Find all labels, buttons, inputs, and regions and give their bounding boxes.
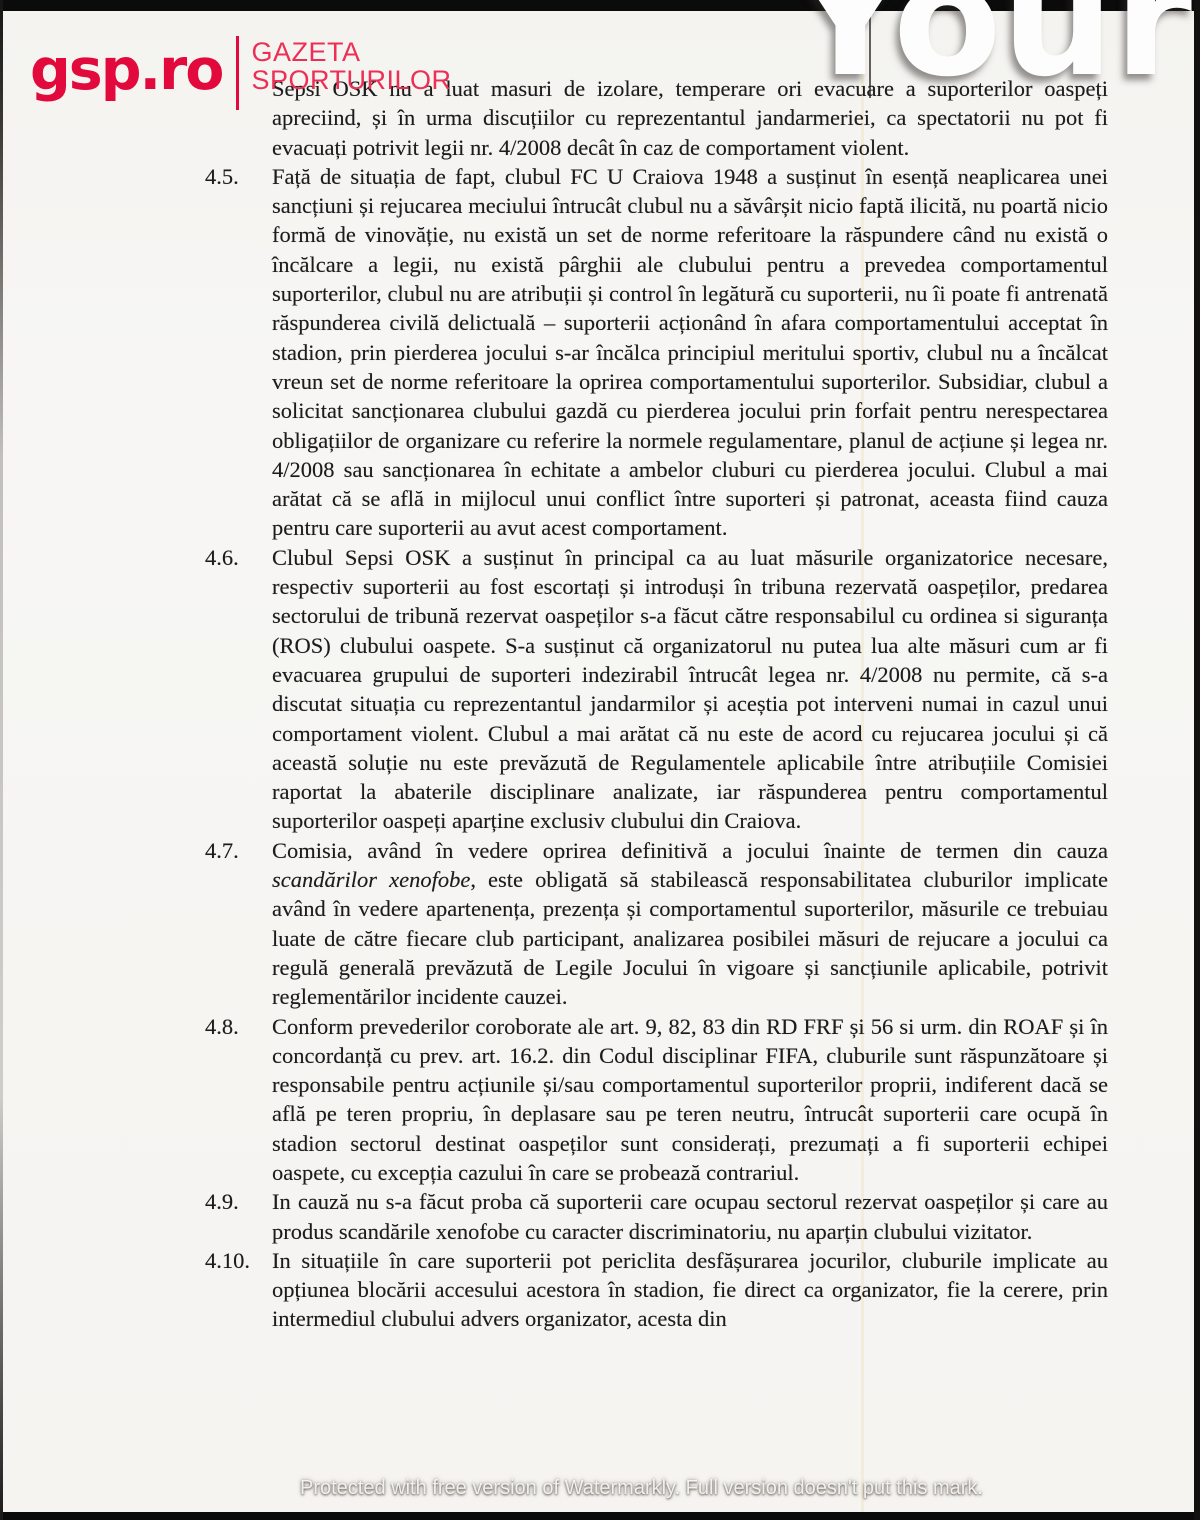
tagline-line-2: SPORTURILOR	[251, 66, 451, 94]
document-body: Sepsi OSK nu a luat masuri de izolare, t…	[205, 74, 1108, 1334]
gsp-logo-text: gsp.ro	[30, 30, 222, 110]
bottom-watermark: Protected with free version of Watermark…	[300, 1477, 983, 1500]
paragraph: 4.5.Față de situația de fapt, clubul FC …	[205, 162, 1108, 543]
paragraph-text: Comisia, având în vedere oprirea definit…	[272, 836, 1108, 1012]
scanned-document-page: gsp.ro GAZETA SPORTURILOR Sepsi OSK nu a…	[0, 0, 1200, 1520]
scan-edge-left	[0, 0, 3, 1520]
paragraph: 4.8.Conform prevederilor coroborate ale …	[205, 1012, 1108, 1188]
paragraph: 4.9.In cauză nu s-a făcut proba că supor…	[205, 1187, 1108, 1246]
logo-tagline: GAZETA SPORTURILOR	[251, 30, 451, 94]
paragraph-number: 4.7.	[205, 836, 272, 1012]
paragraph: 4.7.Comisia, având în vedere oprirea def…	[205, 836, 1108, 1012]
paragraph-number: 4.8.	[205, 1012, 272, 1188]
paragraph-number: 4.6.	[205, 543, 272, 836]
paragraph-text: In situațiile în care suporterii pot per…	[272, 1246, 1108, 1334]
top-watermark: Your	[793, 0, 1192, 112]
paragraph: 4.10.In situațiile în care suporterii po…	[205, 1246, 1108, 1334]
paragraph: 4.6.Clubul Sepsi OSK a susținut în princ…	[205, 543, 1108, 836]
scan-edge-bottom	[0, 1512, 1200, 1520]
paragraph-number: 4.5.	[205, 162, 272, 543]
paragraph-text: Față de situația de fapt, clubul FC U Cr…	[272, 162, 1108, 543]
paragraph-text: In cauză nu s-a făcut proba că suporteri…	[272, 1187, 1108, 1246]
paragraph-text: Conform prevederilor coroborate ale art.…	[272, 1012, 1108, 1188]
scan-edge-right	[1194, 0, 1200, 1520]
logo-divider	[236, 36, 239, 110]
paragraph-number: 4.9.	[205, 1187, 272, 1246]
paragraph-number: 4.10.	[205, 1246, 272, 1334]
paragraph-text: Clubul Sepsi OSK a susținut în principal…	[272, 543, 1108, 836]
gsp-brand-logo: gsp.ro GAZETA SPORTURILOR	[30, 30, 452, 110]
tagline-line-1: GAZETA	[251, 38, 451, 66]
